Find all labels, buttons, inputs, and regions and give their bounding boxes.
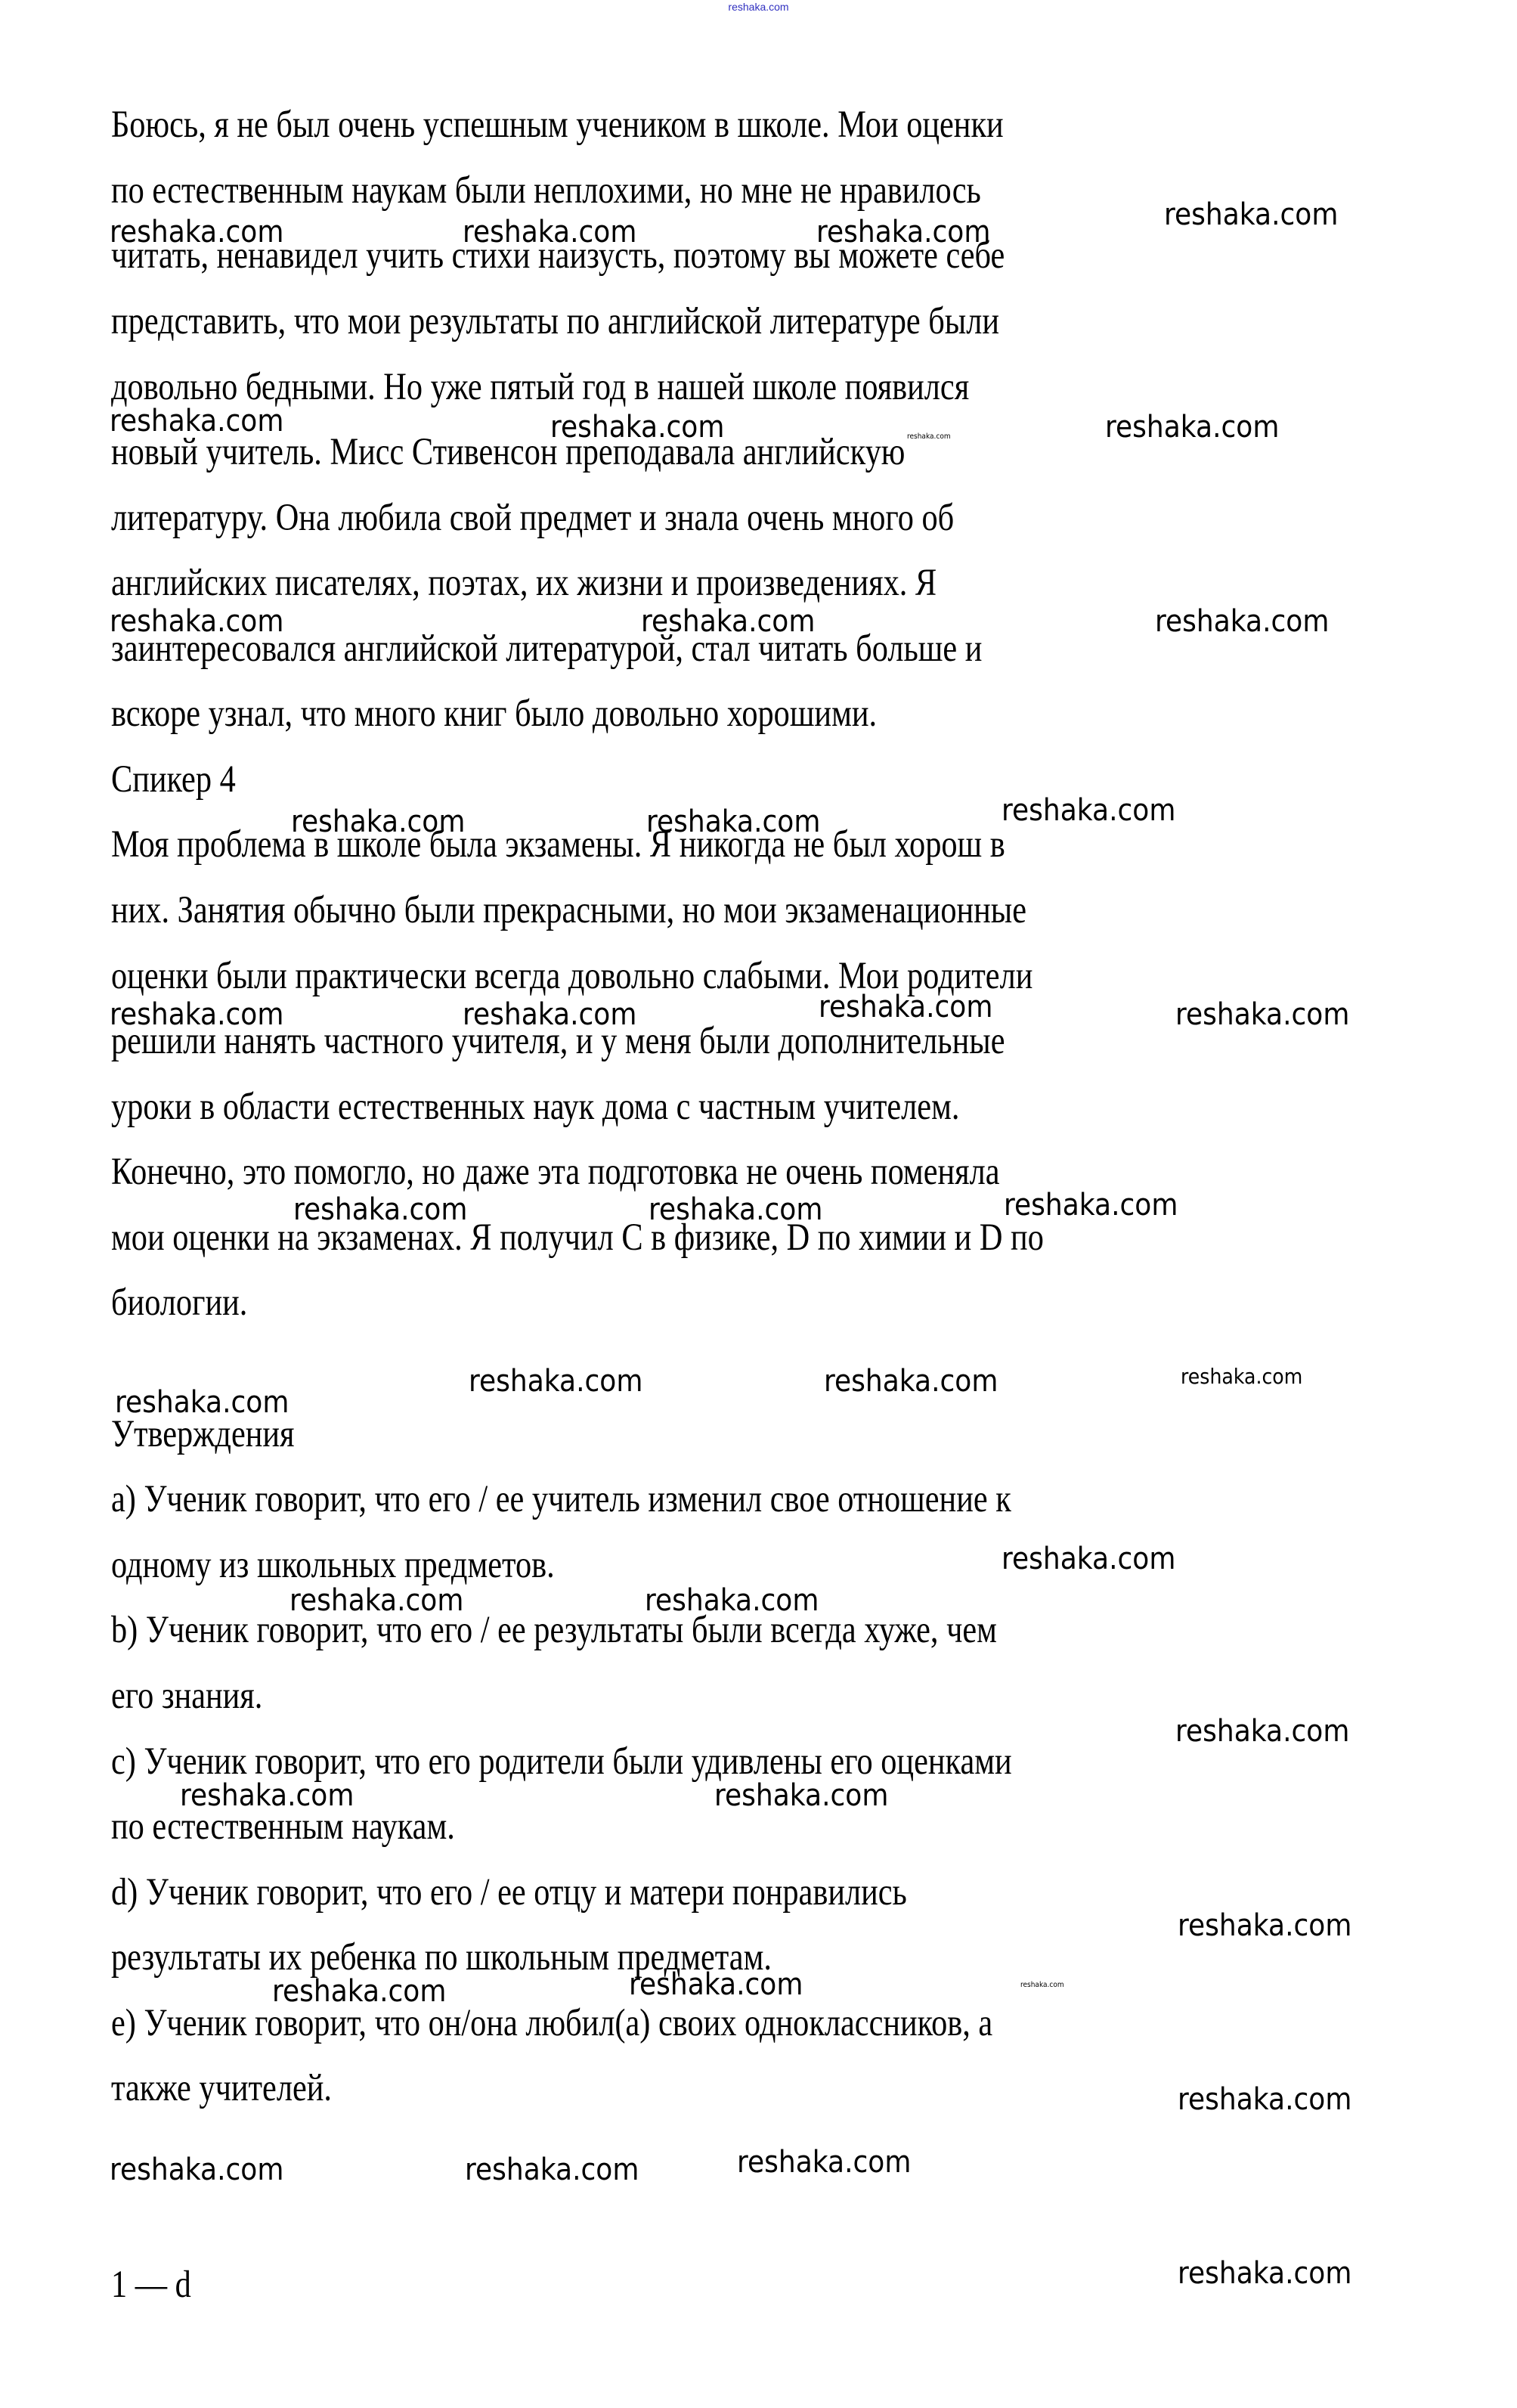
watermark: reshaka.com (1164, 198, 1338, 231)
text-line: Моя проблема в школе была экзамены. Я ни… (111, 822, 1005, 867)
watermark: reshaka.com (816, 215, 990, 249)
watermark: reshaka.com (289, 1584, 463, 1617)
watermark: reshaka.com (646, 805, 820, 838)
speaker-heading: Спикер 4 (111, 757, 236, 802)
watermark: reshaka.com (737, 2146, 911, 2179)
watermark: reshaka.com (550, 411, 724, 444)
text-line: Конечно, это помогло, но даже эта подгот… (111, 1149, 1000, 1195)
watermark: reshaka.com (819, 990, 992, 1024)
text-line: литературу. Она любила свой предмет и зн… (111, 495, 954, 541)
text-line: c) Ученик говорит, что его родители были… (111, 1739, 1012, 1784)
text-line: довольно бедными. Но уже пятый год в наш… (111, 364, 969, 410)
watermark: reshaka.com (1002, 1542, 1175, 1576)
watermark: reshaka.com (110, 404, 283, 438)
text-line: Боюсь, я не был очень успешным учеником … (111, 102, 1004, 147)
text-line: e) Ученик говорит, что он/она любил(а) с… (111, 2000, 992, 2046)
watermark: reshaka.com (110, 605, 283, 638)
text-line: них. Занятия обычно были прекрасными, но… (111, 888, 1026, 933)
watermark: reshaka.com (115, 1386, 289, 1419)
text-line: b) Ученик говорит, что его / ее результа… (111, 1607, 997, 1653)
watermark: reshaka.com (629, 1968, 803, 2001)
watermark: reshaka.com (291, 805, 465, 838)
watermark: reshaka.com (1155, 605, 1329, 638)
watermark: reshaka.com (465, 2153, 639, 2186)
watermark: reshaka.com (1004, 1189, 1178, 1222)
text-line: представить, что мои результаты по англи… (111, 299, 999, 344)
text-line: d) Ученик говорит, что его / ее отцу и м… (111, 1870, 907, 1915)
watermark: reshaka.com (1178, 2257, 1351, 2290)
watermark: reshaka.com (1178, 2083, 1351, 2116)
watermark: reshaka.com (714, 1779, 888, 1812)
watermark: reshaka.com (824, 1365, 998, 1398)
text-line: также учителей. (111, 2066, 332, 2111)
watermark: reshaka.com (649, 1193, 822, 1226)
watermark: reshaka.com (1178, 1909, 1351, 1942)
text-line: уроки в области естественных наук дома с… (111, 1084, 959, 1130)
watermark: reshaka.com (641, 605, 815, 638)
watermark: reshaka.com (110, 215, 283, 249)
watermark: reshaka.com (180, 1779, 354, 1812)
text-line: одному из школьных предметов. (111, 1542, 555, 1588)
watermark: reshaka.com (1175, 998, 1349, 1031)
watermark: reshaka.com (293, 1193, 467, 1226)
header-watermark: reshaka.com (0, 0, 1517, 14)
watermark: reshaka.com (645, 1584, 819, 1617)
text-line: его знания. (111, 1673, 262, 1718)
watermark: reshaka.com (469, 1365, 642, 1398)
text-line: a) Ученик говорит, что его / ее учитель … (111, 1477, 1011, 1522)
text-line: по естественным наукам были неплохими, н… (111, 168, 981, 213)
watermark: reshaka.com (1105, 411, 1279, 444)
watermark: reshaka.com (463, 998, 636, 1031)
watermark: reshaka.com (1181, 1365, 1302, 1389)
text-line: мои оценки на экзаменах. Я получил C в ф… (111, 1215, 1044, 1260)
watermark: reshaka.com (272, 1975, 446, 2008)
text-line: биологии. (111, 1280, 247, 1325)
text-line: вскоре узнал, что много книг было доволь… (111, 691, 877, 736)
watermark: reshaka.com (1002, 794, 1175, 827)
watermark: reshaka.com (463, 215, 636, 249)
watermark: reshaka.com (1175, 1715, 1349, 1748)
watermark: reshaka.com (110, 998, 283, 1031)
watermark: reshaka.com (1020, 1981, 1064, 1990)
answer-line: 1 — d (111, 2262, 191, 2307)
watermark: reshaka.com (907, 432, 951, 442)
watermark: reshaka.com (110, 2153, 283, 2186)
text-line: английских писателях, поэтах, их жизни и… (111, 560, 937, 606)
